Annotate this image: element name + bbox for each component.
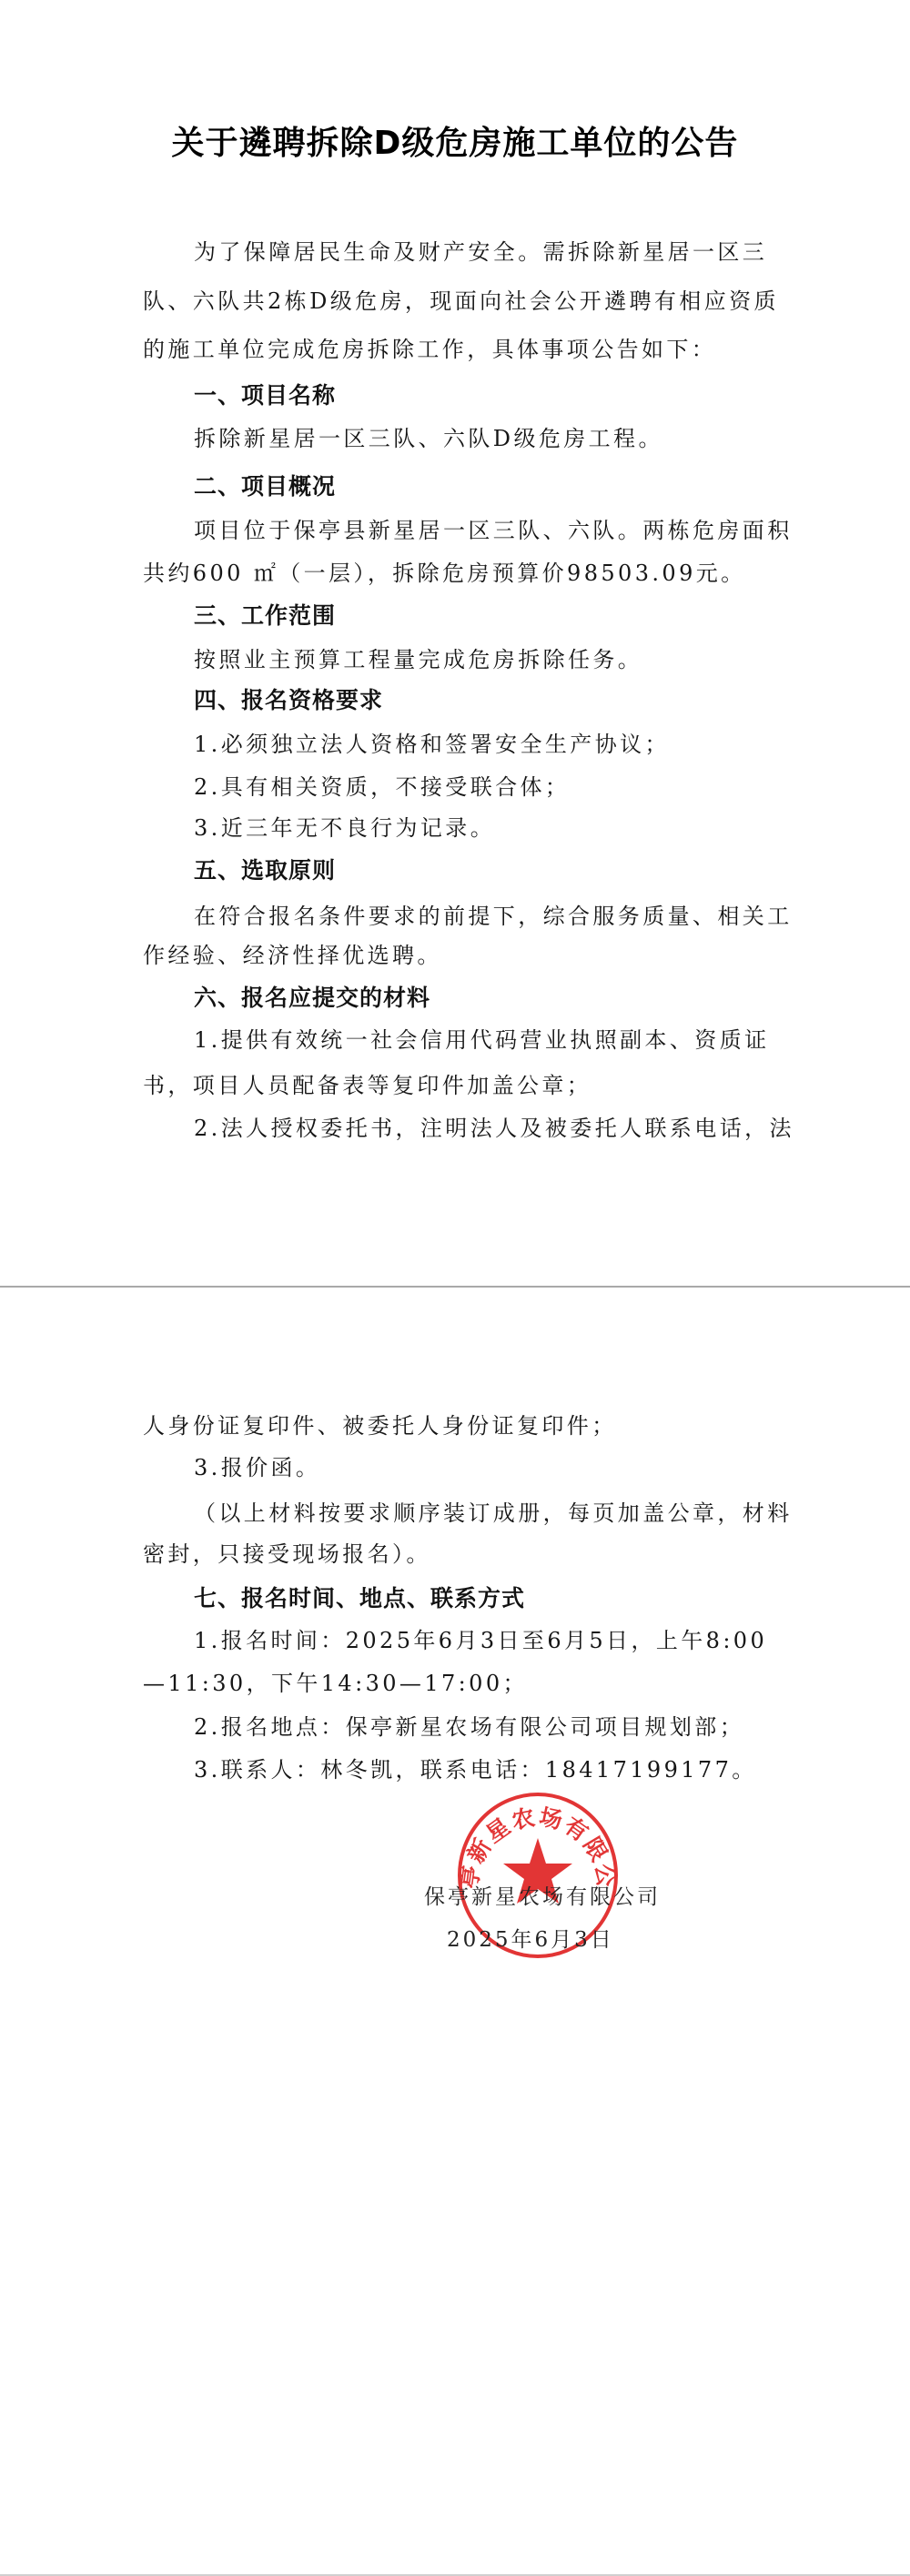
section-line: 人身份证复印件、被委托人身份证复印件； bbox=[143, 1412, 617, 1440]
section-line: 3.报价函。 bbox=[194, 1454, 320, 1481]
section-line: —11:30，下午14:30—17:00； bbox=[143, 1670, 528, 1697]
section-line: 密封，只接受现场报名）。 bbox=[143, 1541, 431, 1568]
section-line: 3.近三年无不良行为记录。 bbox=[194, 814, 495, 842]
section-line: 按照业主预算工程量完成危房拆除任务。 bbox=[194, 646, 642, 673]
section-line: 共约600 ㎡（一层），拆除危房预算价98503.09元。 bbox=[143, 560, 746, 587]
section-line: 拆除新星居一区三队、六队D级危房工程。 bbox=[194, 425, 663, 452]
section-line: 1.必须独立法人资格和签署安全生产协议； bbox=[194, 731, 670, 758]
section-line: 2.具有相关资质，不接受联合体； bbox=[194, 773, 570, 801]
intro-line: 队、六队共2栋D级危房，现面向社会公开遴聘有相应资质 bbox=[143, 288, 779, 315]
section-line: 1.提供有效统一社会信用代码营业执照副本、资质证 bbox=[194, 1026, 770, 1054]
document-title: 关于遴聘拆除D级危房施工单位的公告 bbox=[0, 124, 910, 164]
intro-line: 为了保障居民生命及财产安全。需拆除新星居一区三 bbox=[194, 238, 767, 266]
section-heading-2: 二、项目概况 bbox=[194, 473, 336, 500]
intro-line: 的施工单位完成危房拆除工作，具体事项公告如下： bbox=[143, 336, 716, 363]
section-line: 1.报名时间：2025年6月3日至6月5日，上午8:00 bbox=[194, 1627, 767, 1654]
section-line: 书，项目人员配备表等复印件加盖公章； bbox=[143, 1072, 591, 1099]
signature-date: 2025年6月3日 bbox=[447, 1926, 614, 1954]
document-page-1: 关于遴聘拆除D级危房施工单位的公告 为了保障居民生命及财产安全。需拆除新星居一区… bbox=[0, 0, 910, 1287]
section-heading-5: 五、选取原则 bbox=[194, 857, 336, 884]
section-line: （以上材料按要求顺序装订成册，每页加盖公章，材料 bbox=[194, 1500, 793, 1527]
section-heading-4: 四、报名资格要求 bbox=[194, 687, 383, 714]
section-line: 在符合报名条件要求的前提下，综合服务质量、相关工 bbox=[194, 903, 793, 930]
section-heading-6: 六、报名应提交的材料 bbox=[194, 985, 430, 1012]
signature-company: 保亭新星农场有限公司 bbox=[424, 1884, 661, 1911]
section-line: 2.法人授权委托书，注明法人及被委托人联系电话，法 bbox=[194, 1115, 794, 1142]
section-line: 2.报名地点：保亭新星农场有限公司项目规划部； bbox=[194, 1713, 744, 1741]
section-line: 3.联系人：林冬凯，联系电话：18417199177。 bbox=[194, 1756, 757, 1783]
page-divider bbox=[0, 1286, 910, 1288]
section-line: 项目位于保亭县新星居一区三队、六队。两栋危房面积 bbox=[194, 517, 793, 544]
section-line: 作经验、经济性择优选聘。 bbox=[143, 942, 442, 969]
section-heading-1: 一、项目名称 bbox=[194, 382, 336, 409]
section-heading-7: 七、报名时间、地点、联系方式 bbox=[194, 1585, 525, 1612]
section-heading-3: 三、工作范围 bbox=[194, 602, 336, 630]
